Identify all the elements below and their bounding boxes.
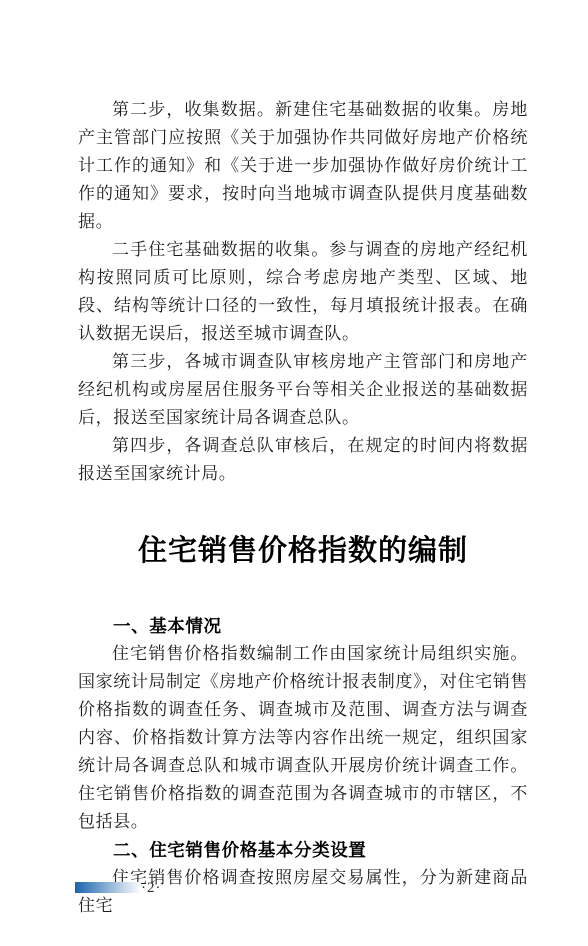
footer-gradient-bar — [75, 882, 141, 893]
page-number: ·2· — [141, 876, 162, 900]
body-paragraph: 第二步，收集数据。新建住宅基础数据的收集。房地产主管部门应按照《关于加强协作共同… — [78, 96, 528, 236]
text-content: 第二步，收集数据。新建住宅基础数据的收集。房地产主管部门应按照《关于加强协作共同… — [78, 96, 528, 920]
body-paragraph: 第四步，各调查总队审核后，在规定的时间内将数据报送至国家统计局。 — [78, 432, 528, 488]
body-paragraph: 住宅销售价格指数编制工作由国家统计局组织实施。国家统计局制定《房地产价格统计报表… — [78, 640, 528, 836]
body-paragraph: 二手住宅基础数据的收集。参与调查的房地产经纪机构按照同质可比原则，综合考虑房地产… — [78, 236, 528, 348]
body-paragraph: 第三步，各城市调查队审核房地产主管部门和房地产经纪机构或房屋居住服务平台等相关企… — [78, 348, 528, 432]
page-footer: ·2· — [0, 876, 588, 900]
section-heading-1: 一、基本情况 — [78, 612, 528, 640]
document-page: 第二步，收集数据。新建住宅基础数据的收集。房地产主管部门应按照《关于加强协作共同… — [0, 0, 588, 946]
section-heading-2: 二、住宅销售价格基本分类设置 — [78, 836, 528, 864]
chapter-title: 住宅销售价格指数的编制 — [78, 534, 528, 568]
